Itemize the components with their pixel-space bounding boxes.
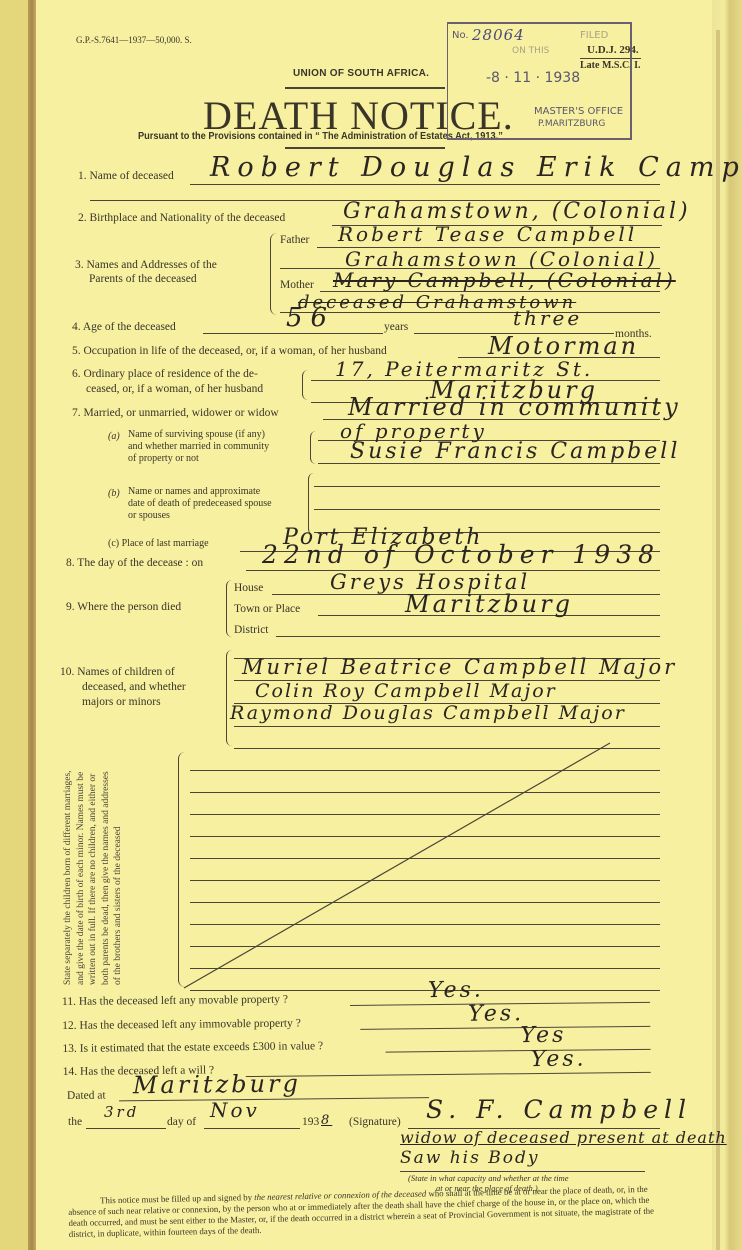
date-day-of-label: day of (167, 1116, 196, 1128)
date-year-prefix: 193 (302, 1116, 319, 1128)
dated-label: Dated at (67, 1090, 106, 1102)
q11-value[interactable]: Yes. (428, 978, 484, 1004)
q14-value[interactable]: Yes. (531, 1046, 587, 1072)
capacity-line1[interactable]: widow of deceased present at death (400, 1128, 727, 1147)
q12-label: 12. Has the deceased left any immovable … (62, 1017, 301, 1031)
date-the-label: the (68, 1116, 82, 1128)
signature-value[interactable]: S. F. Campbell (426, 1095, 692, 1124)
q12-line (360, 1026, 650, 1030)
q13-value[interactable]: Yes (520, 1023, 566, 1048)
questions-11-14: 11. Has the deceased left any movable pr… (0, 0, 742, 1250)
date-month-value[interactable]: Nov (210, 1098, 260, 1122)
date-day-line (86, 1128, 166, 1129)
dated-value[interactable]: Maritzburg (133, 1069, 301, 1099)
capacity-note-line1: (State in what capacity and whether at t… (408, 1173, 569, 1183)
q14-line (246, 1072, 651, 1077)
q11-label: 11. Has the deceased left any movable pr… (62, 994, 288, 1008)
q12-value[interactable]: Yes. (468, 1001, 524, 1027)
capacity-line2[interactable]: Saw his Body (400, 1148, 539, 1168)
date-month-line (204, 1128, 300, 1129)
q13-line (386, 1049, 651, 1053)
signature-label: (Signature) (349, 1116, 401, 1128)
date-day-value[interactable]: 3rd (104, 1103, 139, 1121)
date-year-suffix[interactable]: 8 (321, 1113, 332, 1128)
capacity-line (400, 1171, 645, 1172)
q13-label: 13. Is it estimated that the estate exce… (62, 1040, 323, 1055)
